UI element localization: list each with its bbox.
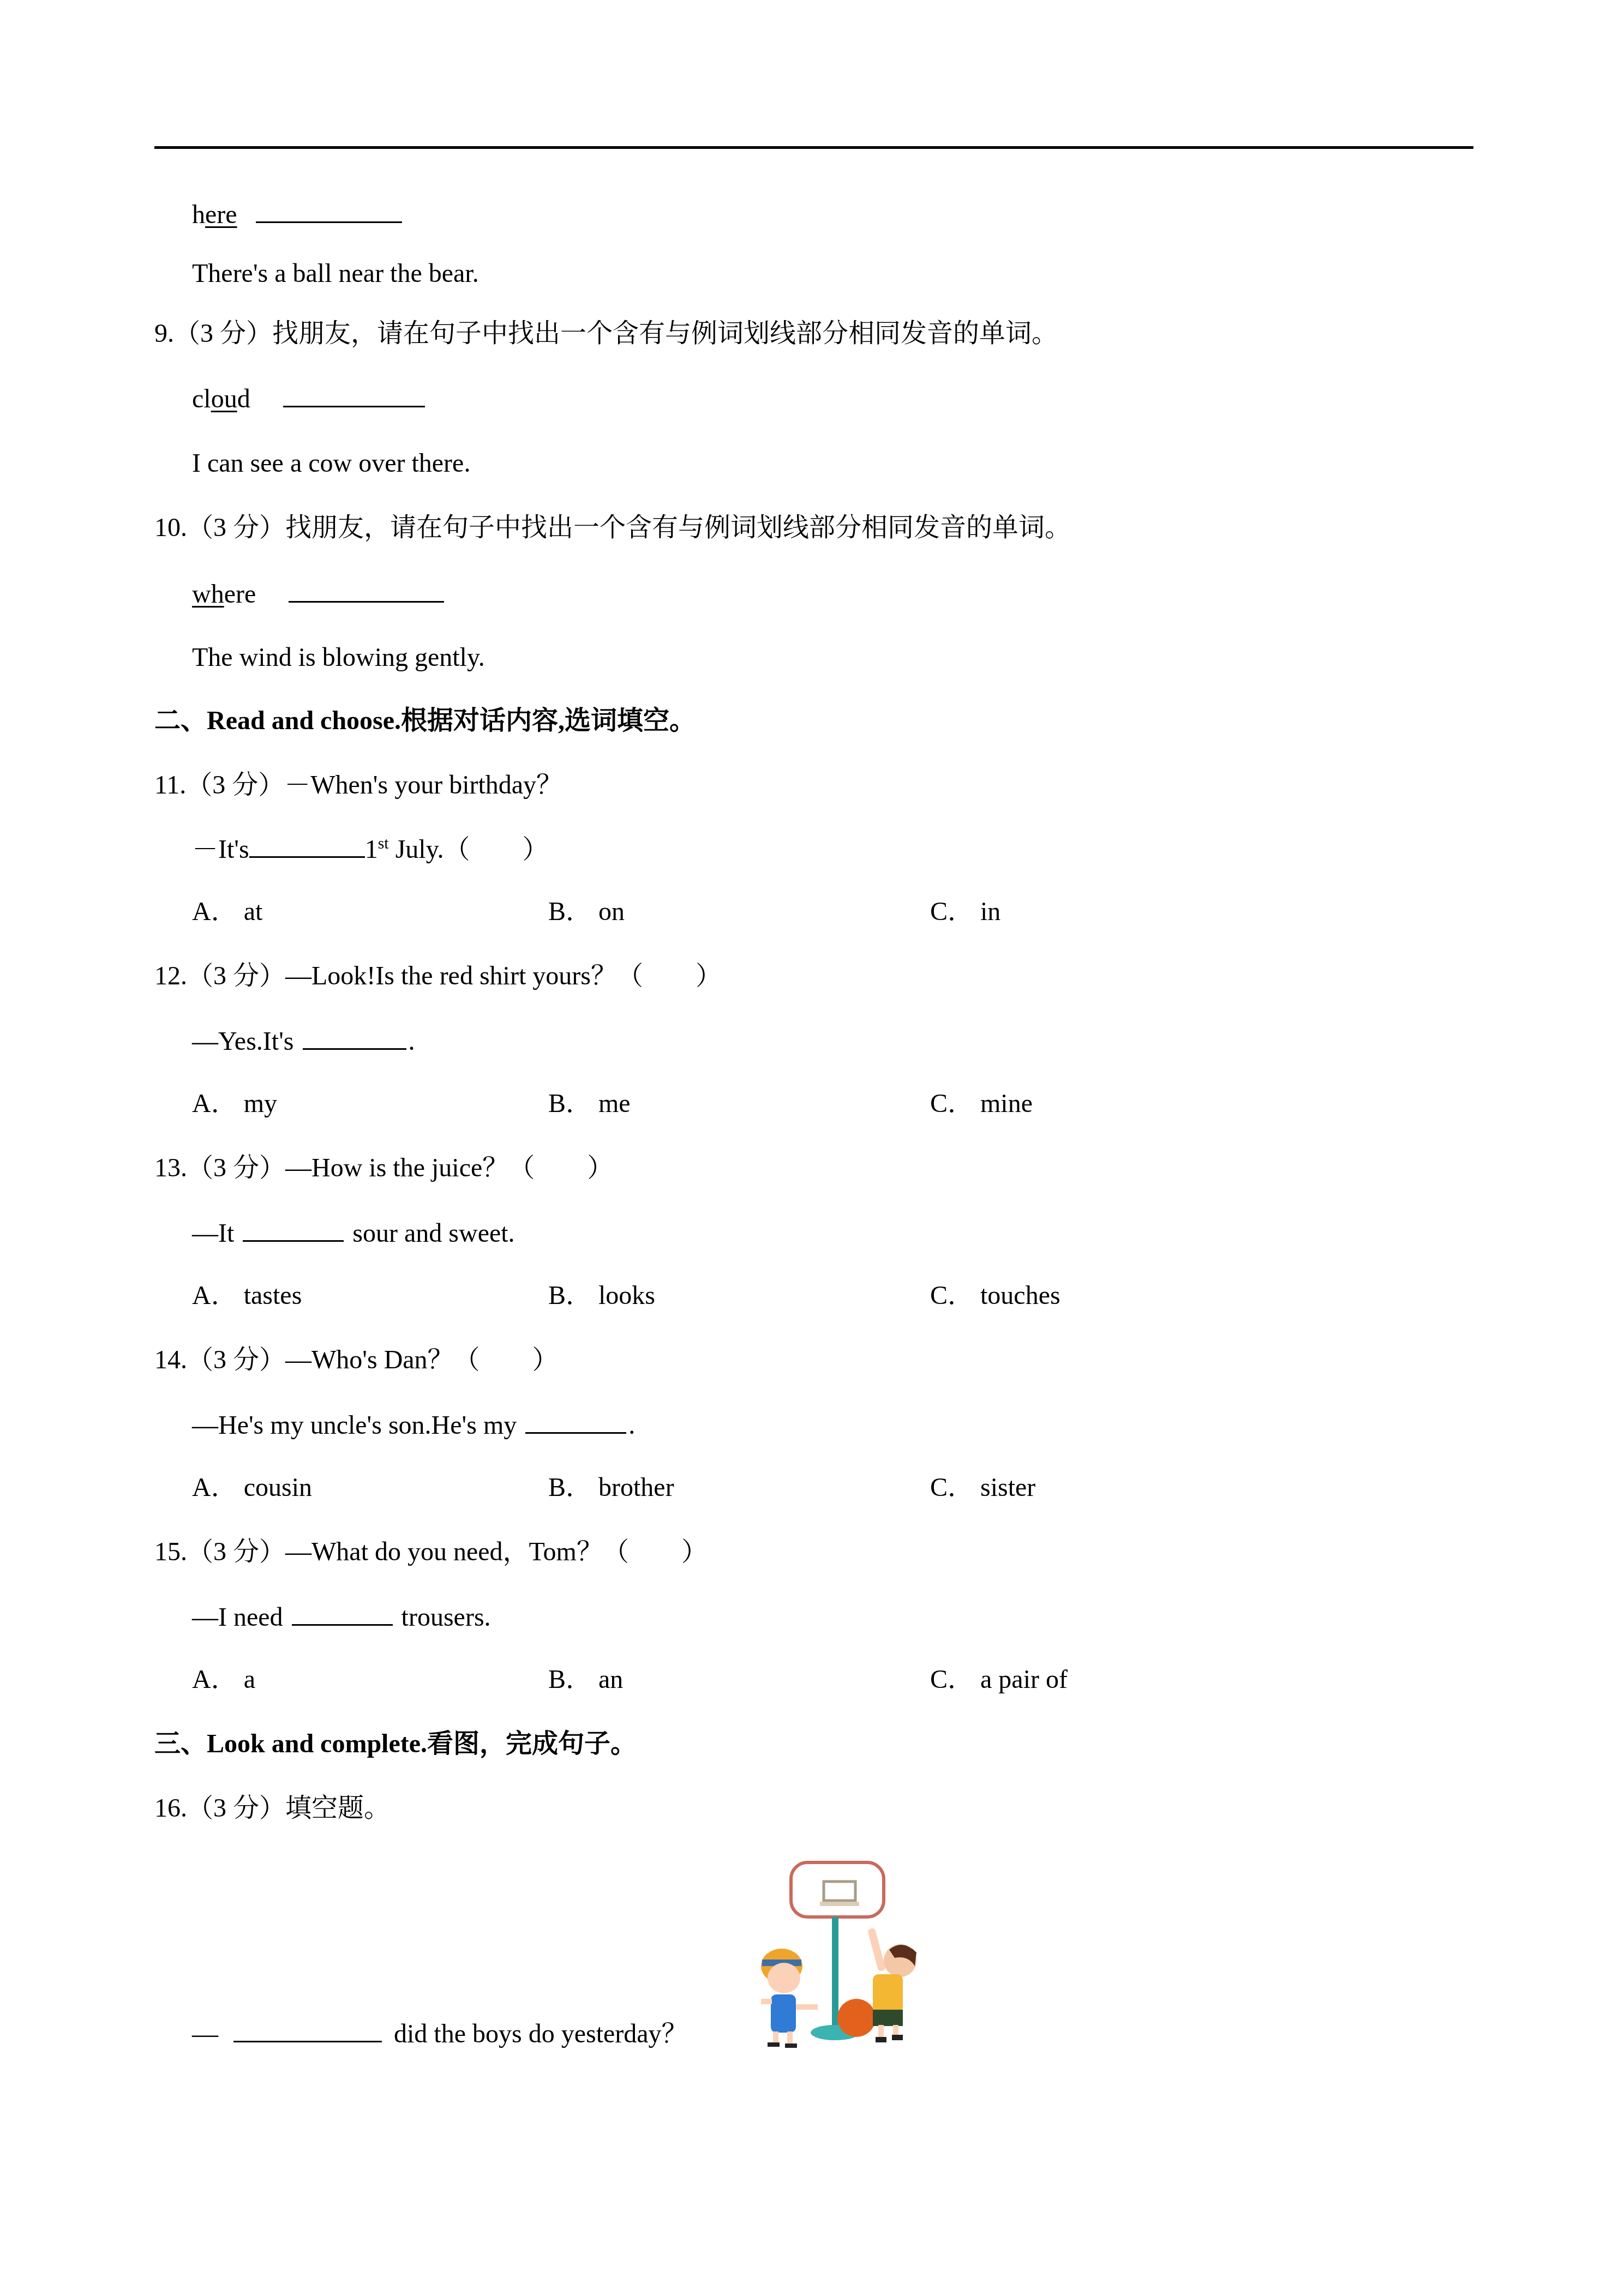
q10-header: 10.（3 分）找朋友，请在句子中找出一个含有与例词划线部分相同发音的单词。	[154, 512, 1071, 544]
q16-header: 16.（3 分）填空题。	[154, 1792, 390, 1825]
q11-option-c[interactable]: C． in	[930, 895, 1000, 928]
q11-answer-blank[interactable]	[249, 832, 365, 858]
q13-option-c[interactable]: C． touches	[930, 1279, 1060, 1312]
q9-sentence: I can see a cow over there.	[192, 447, 470, 480]
section-3-heading: 三、Look and complete.看图，完成句子。	[154, 1728, 637, 1760]
q11-option-b[interactable]: B． on	[548, 895, 625, 928]
q13-answer-blank[interactable]	[243, 1216, 344, 1242]
q12-option-a[interactable]: A． my	[192, 1087, 277, 1120]
q14-answer-blank[interactable]	[525, 1408, 626, 1434]
section-2-heading: 二、Read and choose.根据对话内容,选词填空。	[154, 705, 696, 737]
q12-header: 12.（3 分）—Look!Is the red shirt yours？（ ）	[154, 960, 722, 993]
q9-answer-blank[interactable]	[283, 382, 425, 407]
q11-answer-row: －It's1st July.（ ）	[192, 832, 549, 866]
q12-option-c[interactable]: C． mine	[930, 1087, 1033, 1120]
q12-option-b[interactable]: B． me	[548, 1087, 631, 1120]
q15-header: 15.（3 分）—What do you need，Tom？（ ）	[154, 1536, 708, 1568]
q9-header: 9.（3 分）找朋友，请在句子中找出一个含有与例词划线部分相同发音的单词。	[154, 317, 1058, 350]
q15-option-b[interactable]: B． an	[548, 1663, 623, 1696]
q11-header: 11.（3 分）－When's your birthday？	[154, 769, 562, 802]
q14-answer-row: —He's my uncle's son.He's my .	[192, 1408, 635, 1442]
header-rule	[154, 146, 1473, 149]
q12-answer-row: —Yes.It's .	[192, 1024, 415, 1058]
q8-answer-blank[interactable]	[256, 197, 402, 223]
q9-example-word-row: cloud	[192, 382, 427, 416]
q12-answer-blank[interactable]	[303, 1024, 406, 1050]
q16-answer-blank[interactable]	[233, 2017, 382, 2042]
q15-option-c[interactable]: C． a pair of	[930, 1663, 1068, 1696]
q16-answer-row: —did the boys do yesterday？	[192, 2017, 688, 2051]
q13-header: 13.（3 分）—How is the juice？（ ）	[154, 1152, 613, 1185]
q15-option-a[interactable]: A． a	[192, 1663, 255, 1696]
q14-option-b[interactable]: B． brother	[548, 1471, 674, 1504]
basketball-boys-illustration	[739, 1852, 925, 2048]
q10-sentence: The wind is blowing gently.	[192, 641, 485, 674]
q8-example-word: here	[192, 200, 237, 229]
q13-answer-row: —It sour and sweet.	[192, 1216, 515, 1250]
q8-sentence: There's a ball near the bear.	[192, 257, 479, 290]
q14-option-a[interactable]: A． cousin	[192, 1471, 312, 1504]
q13-option-b[interactable]: B． looks	[548, 1279, 655, 1312]
q10-answer-blank[interactable]	[289, 577, 444, 603]
q15-answer-blank[interactable]	[292, 1600, 393, 1626]
q13-option-a[interactable]: A． tastes	[192, 1279, 302, 1312]
q8-example-word-row: here	[192, 197, 404, 231]
q9-example-word: cloud	[192, 384, 250, 413]
q14-option-c[interactable]: C． sister	[930, 1471, 1035, 1504]
q15-answer-row: —I need trousers.	[192, 1600, 491, 1634]
q14-header: 14.（3 分）—Who's Dan？（ ）	[154, 1344, 559, 1377]
q10-example-word-row: where	[192, 577, 446, 611]
q10-example-word: where	[192, 580, 256, 609]
q11-option-a[interactable]: A． at	[192, 895, 262, 928]
